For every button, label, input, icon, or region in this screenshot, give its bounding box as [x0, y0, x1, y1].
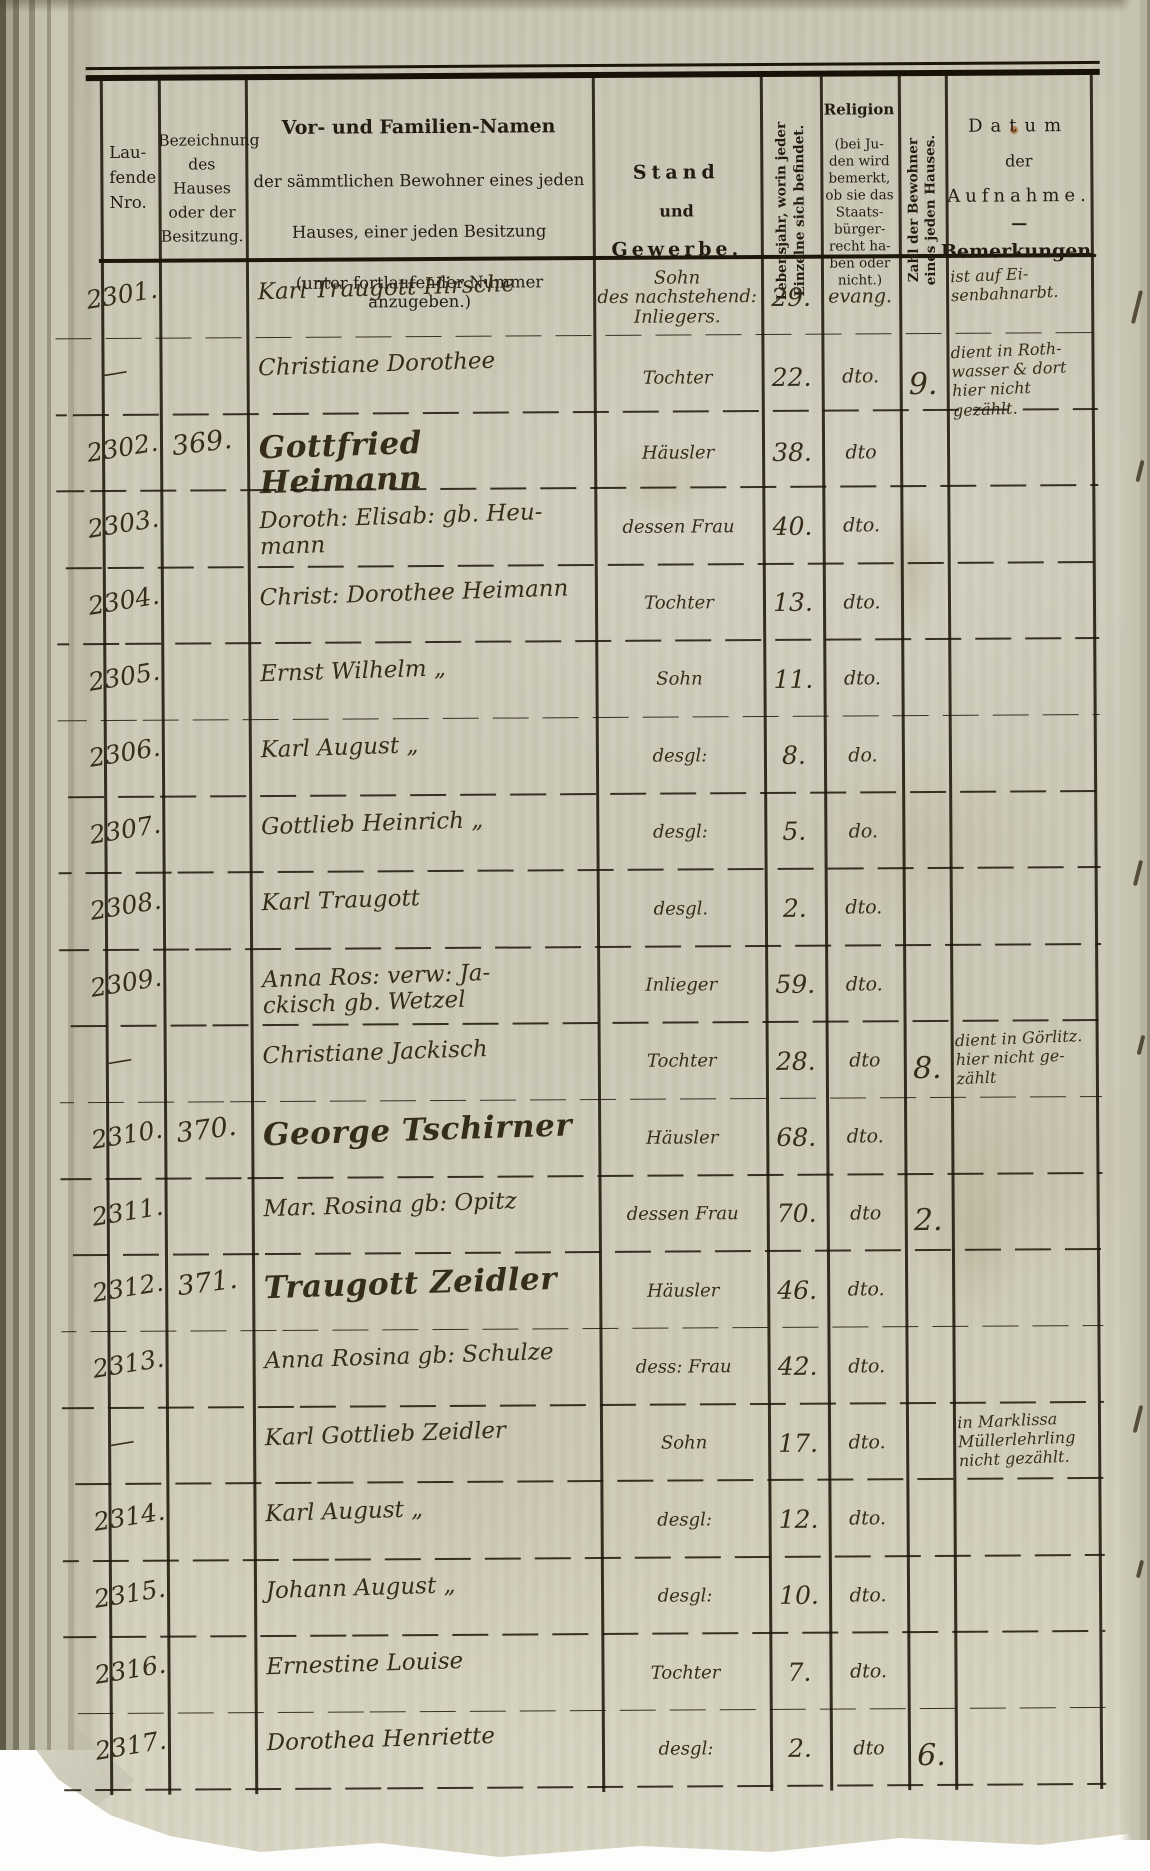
cell-remark: [948, 789, 1098, 871]
cell-remark: [950, 1095, 1100, 1177]
cell-stand: Inlieger: [597, 947, 765, 1024]
cell-nr: 2304.: [83, 566, 153, 651]
header-namen-sub1: der sämmtlichen Bewohner eines jeden: [245, 170, 592, 191]
cell-remark: [953, 1553, 1103, 1635]
cell-house: [156, 486, 252, 573]
cell-remark: [951, 1324, 1101, 1406]
cell-age: 68.: [766, 1099, 826, 1176]
cell-house: 371.: [161, 1250, 257, 1337]
cell-stand: desgl:: [596, 717, 764, 794]
cell-stand: desgl:: [600, 1481, 768, 1558]
cell-nr: 2316.: [90, 1636, 160, 1721]
cell-count: [907, 1641, 954, 1718]
cell-name: Dorothea Henriette: [254, 1707, 603, 1795]
cell-religion: dto.: [823, 640, 901, 717]
book-spine-page-edges: [0, 0, 104, 1750]
cell-stand: Häusler: [594, 412, 762, 494]
cell-stand: desgl:: [602, 1710, 770, 1787]
cell-name: Christiane Jackisch: [250, 1019, 599, 1107]
cell-count: [905, 1335, 952, 1412]
cell-nr: 2314.: [89, 1483, 159, 1568]
table-row: 2301.Karl Traugott HirscheSohn des nachs…: [101, 257, 1093, 339]
cell-house: 370.: [160, 1097, 256, 1184]
table-row: 2315.Johann August „desgl:10.dto.: [109, 1556, 1101, 1638]
cell-age: 38.: [762, 411, 822, 493]
header-datum-line1: Datum: [968, 115, 1069, 137]
table-row: —Christiane JackischTochter28.dto8.dient…: [106, 1021, 1098, 1103]
cell-name: Karl Traugott Hirsche: [245, 256, 594, 344]
cell-remark: [950, 1171, 1100, 1253]
table-row: 2308.Karl Traugottdesgl.2.dto.: [105, 868, 1097, 950]
cell-age: 42.: [767, 1328, 827, 1405]
cell-name: Traugott Zeidler: [251, 1249, 600, 1337]
header-stand-line1: Stand: [592, 161, 760, 184]
cell-religion: dto: [822, 411, 900, 493]
cell-name: Ernst Wilhelm „: [247, 637, 596, 725]
table-row: —Karl Gottlieb ZeidlerSohn17.dto.in Mark…: [108, 1403, 1100, 1485]
table-row: 2306.Karl August „desgl:8.do.: [104, 715, 1096, 797]
cell-age: 10.: [769, 1557, 829, 1634]
cell-count: [899, 266, 946, 343]
cell-count: [906, 1488, 953, 1565]
cell-religion: dto.: [827, 1328, 905, 1405]
scanned-register-page: { "colors": { "paper": "#cbc8b6", "ink_p…: [0, 0, 1150, 1871]
table-row: 2316.Ernestine LouiseTochter7.dto.: [109, 1632, 1101, 1714]
header-datum-line3: Aufnahme.: [947, 185, 1091, 207]
cell-nr: 2308.: [85, 872, 155, 957]
cell-remark: [947, 713, 1097, 795]
cell-age: 12.: [768, 1481, 828, 1558]
cell-stand: Tochter: [595, 565, 763, 642]
header-stand-line2: und: [593, 201, 761, 221]
table-row: 2309.Anna Ros: verw: Ja- ckisch gb. Wetz…: [105, 944, 1097, 1026]
cell-religion: dto.: [827, 1251, 905, 1328]
cell-nr: —: [86, 1025, 156, 1110]
table-row: —Christiane DorotheeTochter22.dto.9.dien…: [101, 333, 1093, 415]
cell-house: [156, 563, 252, 650]
cell-name: George Tschirner: [250, 1096, 599, 1184]
register-table: Lau- fende Nro. Bezeichnung des Hauses o…: [100, 61, 1103, 1803]
cell-remark: [945, 407, 1095, 494]
cell-nr: —: [89, 1407, 159, 1492]
table-header: Lau- fende Nro. Bezeichnung des Hauses o…: [100, 77, 1093, 259]
table-rows: 2301.Karl Traugott HirscheSohn des nachs…: [101, 257, 1102, 1791]
cell-count: [903, 953, 950, 1030]
cell-count: 8.: [904, 1030, 951, 1107]
header-namen-title: Vor- und Familien-Namen: [245, 115, 592, 139]
cell-stand: dess: Frau: [599, 1328, 767, 1405]
cell-stand: Tochter: [598, 1023, 766, 1100]
table-row: 2311.Mar. Rosina gb: Opitzdessen Frau70.…: [107, 1174, 1099, 1256]
cell-remark: [953, 1706, 1103, 1788]
cell-remark: [952, 1477, 1102, 1559]
cell-count: [902, 801, 949, 878]
cell-nr: 2303.: [83, 490, 153, 575]
cell-name: Karl Traugott: [249, 867, 598, 955]
cell-name: Mar. Rosina gb: Opitz: [251, 1172, 600, 1260]
cell-religion: dto: [830, 1710, 908, 1787]
cell-religion: do.: [824, 793, 902, 870]
cell-age: 22.: [761, 335, 822, 419]
cell-house: [159, 945, 255, 1032]
cell-house: [157, 716, 253, 803]
cell-religion: evang.: [821, 258, 899, 335]
cell-age: 13.: [763, 564, 823, 641]
cell-stand: dessen Frau: [598, 1176, 766, 1253]
table-row: 2317.Dorothea Henriettedesgl:2.dto6.: [110, 1708, 1102, 1790]
cell-count: 6.: [908, 1717, 955, 1794]
cell-religion: do.: [824, 717, 902, 794]
cell-remark: in Marklissa Müllerlehrling nicht gezähl…: [952, 1400, 1102, 1482]
cell-house: [155, 257, 251, 344]
cell-count: [906, 1412, 953, 1489]
page-right-edge: [1120, 0, 1150, 1840]
cell-remark: [951, 1248, 1101, 1330]
cell-nr: 2309.: [86, 948, 156, 1033]
cell-house: [162, 1479, 258, 1566]
cell-name: Ernestine Louise: [253, 1631, 602, 1719]
cell-stand: desgl:: [596, 794, 764, 871]
cell-age: 17.: [768, 1404, 828, 1481]
cell-house: [157, 639, 253, 726]
cell-age: 70.: [766, 1175, 826, 1252]
cell-name: Doroth: Elisab: gb. Heu- mann: [246, 485, 595, 573]
cell-stand: dessen Frau: [594, 488, 762, 565]
cell-nr: 2301.: [82, 261, 152, 346]
cell-remark: ist auf Ei- senbahnarbt.: [945, 254, 1095, 336]
cell-name: Johann August „: [253, 1554, 602, 1642]
cell-remark: [953, 1629, 1103, 1711]
cell-age: 2.: [770, 1710, 830, 1787]
page-top-edge-shadow: [0, 0, 1150, 12]
cell-age: 28.: [766, 1023, 826, 1100]
cell-remark: dient in Görlitz. hier nicht ge- zählt: [949, 1018, 1099, 1100]
header-datum-divider: —: [1011, 221, 1027, 225]
table-row: 2310.370.George TschirnerHäusler68.dto.: [106, 1097, 1098, 1179]
cell-house: [163, 1632, 259, 1719]
cell-religion: dto.: [825, 946, 903, 1023]
cell-religion: dto.: [829, 1633, 907, 1710]
cell-age: 7.: [769, 1634, 829, 1711]
cell-name: Gottlieb Heinrich „: [248, 790, 597, 878]
cell-house: [163, 1556, 259, 1643]
cell-house: [162, 1403, 258, 1490]
cell-age: 8.: [764, 717, 824, 794]
cell-count: [907, 1564, 954, 1641]
cell-count: 2.: [905, 1183, 952, 1260]
cell-religion: dto.: [823, 564, 901, 641]
cell-stand: Tochter: [601, 1634, 769, 1711]
cell-house: [163, 1709, 259, 1796]
header-religion-title: Religion: [820, 100, 898, 119]
table-row: 2303.Doroth: Elisab: gb. Heu- manndessen…: [102, 486, 1094, 568]
header-datum-line2: der: [1005, 151, 1032, 170]
cell-name: Anna Ros: verw: Ja- ckisch gb. Wetzel: [249, 943, 598, 1031]
cell-age: 2.: [765, 870, 825, 947]
table-row: 2305.Ernst Wilhelm „Sohn11.dto.: [103, 639, 1095, 721]
cell-religion: dto.: [821, 335, 900, 419]
cell-count: [902, 724, 949, 801]
cell-count: [903, 877, 950, 954]
cell-nr: 2310.: [87, 1101, 157, 1186]
table-row: 2307.Gottlieb Heinrich „desgl:5.do.: [104, 792, 1096, 874]
cell-stand: Sohn des nachstehend: Inliegers.: [593, 259, 761, 336]
cell-count: [905, 1259, 952, 1336]
cell-house: [158, 792, 254, 879]
cell-religion: dto.: [826, 1098, 904, 1175]
cell-nr: 2312.: [88, 1254, 158, 1339]
cell-remark: [949, 942, 1099, 1024]
cell-name: Anna Rosina gb: Schulze: [252, 1325, 601, 1413]
cell-religion: dto.: [825, 869, 903, 946]
cell-age: 11.: [763, 641, 823, 718]
cell-house: [159, 1021, 255, 1108]
cell-house: [160, 1174, 256, 1261]
table-row: 2313.Anna Rosina gb: Schulzedess: Frau42…: [107, 1326, 1099, 1408]
cell-remark: [948, 866, 1098, 948]
cell-age: 59.: [765, 946, 825, 1023]
cell-name: Christ: Dorothee Heimann: [247, 561, 596, 649]
table-row: 2304.Christ: Dorothee HeimannTochter13.d…: [103, 563, 1095, 645]
cell-stand: Sohn: [600, 1405, 768, 1482]
cell-stand: desgl:: [601, 1558, 769, 1635]
cell-religion: dto: [826, 1175, 904, 1252]
cell-name: Karl Gottlieb Zeidler: [252, 1401, 601, 1489]
cell-name: Karl August „: [248, 714, 597, 802]
table-row: 2302.369.Gottfried HeimannHäusler38.dto: [102, 410, 1094, 492]
cell-stand: desgl.: [597, 870, 765, 947]
cell-nr: 2313.: [88, 1330, 158, 1415]
cell-religion: dto.: [828, 1480, 906, 1557]
cell-age: 40.: [762, 488, 822, 565]
cell-nr: 2307.: [85, 796, 155, 881]
cell-age: 46.: [767, 1252, 827, 1329]
table-row: 2314.Karl August „desgl:12.dto.: [108, 1479, 1100, 1561]
cell-stand: Sohn: [595, 641, 763, 718]
cell-nr: 2305.: [84, 643, 154, 728]
cell-count: [900, 495, 947, 572]
cell-religion: dto.: [828, 1404, 906, 1481]
table-row: 2312.371.Traugott ZeidlerHäusler46.dto.: [107, 1250, 1099, 1332]
cell-count: [904, 1106, 951, 1183]
cell-nr: 2311.: [87, 1178, 157, 1263]
header-stand-line3: Gewerbe.: [593, 238, 761, 261]
cell-religion: dto.: [829, 1557, 907, 1634]
cell-remark: [946, 560, 1096, 642]
header-namen-sub2: Hauses, einer jeden Besitzung: [246, 221, 593, 242]
cell-remark: [947, 636, 1097, 718]
cell-religion: dto: [826, 1022, 904, 1099]
cell-age: 5.: [764, 793, 824, 870]
cell-nr: 2306.: [84, 719, 154, 804]
cell-religion: dto.: [822, 487, 900, 564]
cell-house: [161, 1327, 257, 1414]
cell-stand: Tochter: [593, 335, 762, 420]
cell-nr: 2317.: [90, 1712, 160, 1797]
cell-stand: Häusler: [598, 1099, 766, 1176]
cell-count: [901, 648, 948, 725]
cell-count: [901, 571, 948, 648]
cell-house: [158, 868, 254, 955]
cell-remark: dient in Roth- wasser & dort hier nicht …: [945, 331, 1095, 421]
cell-name: Karl August „: [252, 1478, 601, 1566]
cell-stand: Häusler: [599, 1252, 767, 1329]
cell-nr: 2315.: [89, 1560, 159, 1645]
cell-remark: [946, 484, 1096, 566]
cell-age: 29.: [761, 259, 821, 336]
